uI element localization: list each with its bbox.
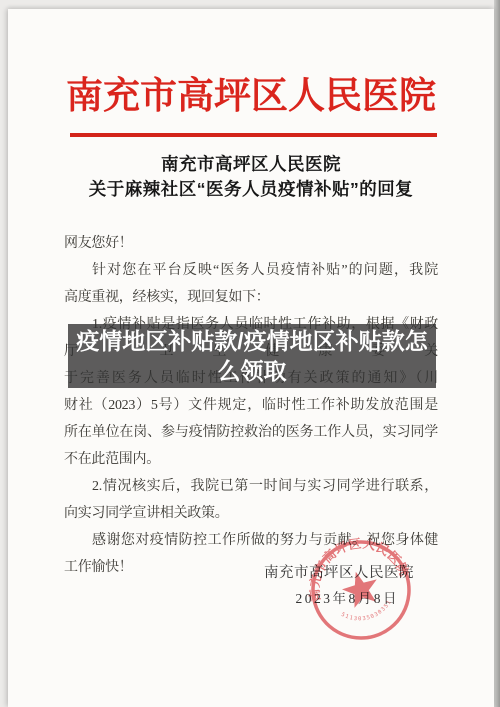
body-line: 财社（2023）5号）文件规定，临时性工作补助发放范围是 <box>64 392 438 419</box>
doc-title-line1: 南充市高坪区人民医院 <box>8 151 494 176</box>
seal-star <box>338 567 382 610</box>
hospital-header-title: 南充市高坪区人民医院 <box>8 65 494 119</box>
overlay-text-line1: 疫情地区补贴款/疫情地区补贴款怎 <box>68 326 436 356</box>
seal-code: 5113035030351 <box>339 598 397 629</box>
body-line: 网友您好！ <box>64 230 438 257</box>
overlay-banner: 疫情地区补贴款/疫情地区补贴款怎 么领取 <box>68 324 436 388</box>
document-page: 南充市高坪区人民医院 南充市高坪区人民医院 关于麻辣社区“医务人员疫情补贴”的回… <box>8 9 494 707</box>
photo-edge-strip <box>494 0 500 707</box>
red-divider <box>70 133 437 137</box>
body-line: 向实习同学宣讲相关政策。 <box>64 500 438 527</box>
overlay-text-line2: 么领取 <box>68 356 436 386</box>
body-line: 针对您在平台反映“医务人员疫情补贴”的问题，我院 <box>64 257 438 284</box>
body-line: 不在此范围内。 <box>64 446 438 473</box>
body-line: 2.情况核实后，我院已第一时间与实习同学进行联系， <box>64 473 438 500</box>
body-line: 高度重视，经核实，现回复如下： <box>64 284 438 311</box>
body-line: 所在单位在岗、参与疫情防控救治的医务工作人员，实习同学 <box>64 419 438 446</box>
doc-title-line2: 关于麻辣社区“医务人员疫情补贴”的回复 <box>8 176 494 201</box>
